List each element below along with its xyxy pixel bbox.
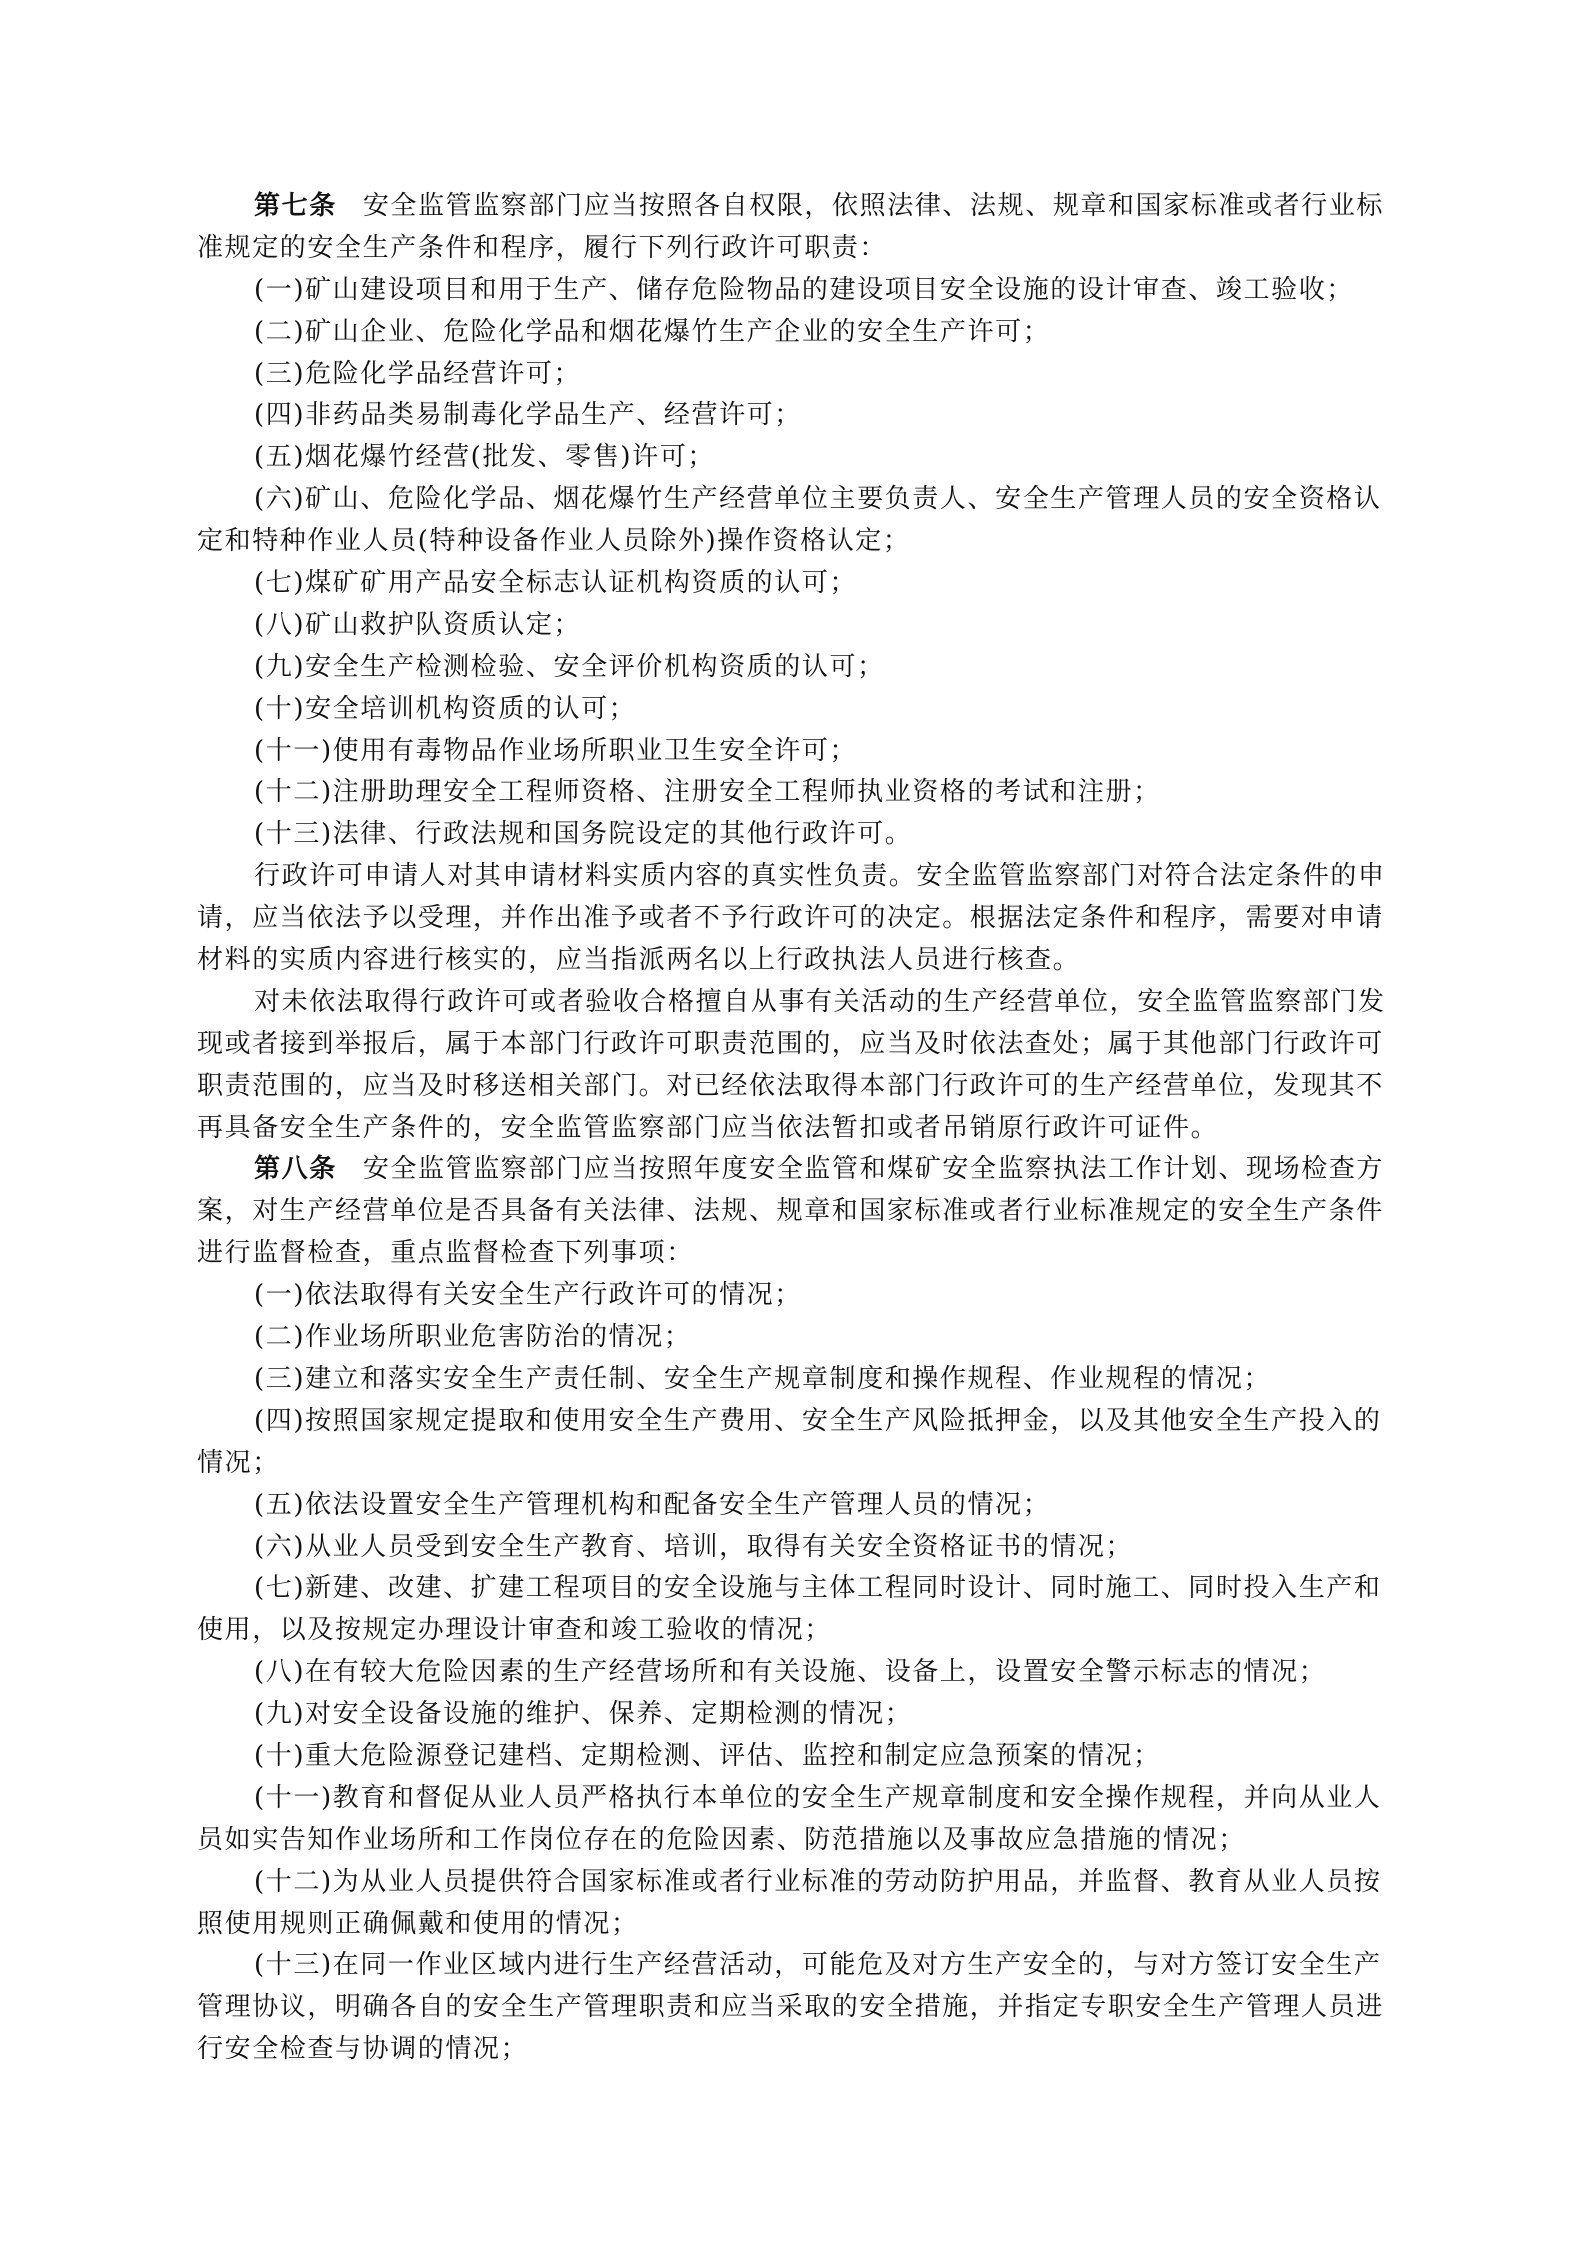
paragraph-line: (八)在有较大危险因素的生产经营场所和有关设施、设备上，设置安全警示标志的情况； [197,1652,1397,1694]
paragraph-line: 行安全检查与协调的情况； [197,2029,1397,2071]
paragraph-line: (三)建立和落实安全生产责任制、安全生产规章制度和操作规程、作业规程的情况； [197,1359,1397,1401]
line-text: (十二)为从业人员提供符合国家标准或者行业标准的劳动防护用品，并监督、教育从业人… [254,1867,1382,1897]
paragraph-line: (一)矿山建设项目和用于生产、储存危险物品的建设项目安全设施的设计审查、竣工验收… [197,270,1397,312]
line-text: 安全监管监察部门应当按照各自权限，依照法律、法规、规章和国家标准或者行业标 [363,191,1384,221]
paragraph-line: (九)对安全设备设施的维护、保养、定期检测的情况； [197,1694,1397,1736]
line-text: (二)矿山企业、危险化学品和烟花爆竹生产企业的安全生产许可； [254,317,1050,347]
paragraph-line: (八)矿山救护队资质认定； [197,605,1397,647]
paragraph-line: 材料的实质内容进行核实的，应当指派两名以上行政执法人员进行核查。 [197,940,1397,982]
line-text: (四)按照国家规定提取和使用安全生产费用、安全生产风险抵押金，以及其他安全生产投… [254,1406,1382,1436]
article-7: 第七条安全监管监察部门应当按照各自权限，依照法律、法规、规章和国家标准或者行业标… [197,186,1397,1149]
paragraph-line: (二)矿山企业、危险化学品和烟花爆竹生产企业的安全生产许可； [197,312,1397,354]
line-text: 进行监督检查，重点监督检查下列事项： [197,1238,694,1268]
line-text: 员如实告知作业场所和工作岗位存在的危险因素、防范措施以及事故应急措施的情况； [197,1825,1246,1855]
article-heading: 第七条 [254,191,337,221]
line-text: (九)安全生产检测检验、安全评价机构资质的认可； [254,652,885,682]
paragraph-line: 职责范围的，应当及时移送相关部门。对已经依法取得本部门行政许可的生产经营单位，发… [197,1066,1397,1108]
line-text: 对未依法取得行政许可或者验收合格擅自从事有关活动的生产经营单位，安全监管监察部门… [254,987,1386,1017]
paragraph-line: 第八条安全监管监察部门应当按照年度安全监管和煤矿安全监察执法工作计划、现场检查方 [197,1149,1397,1191]
line-text: (七)新建、改建、扩建工程项目的安全设施与主体工程同时设计、同时施工、同时投入生… [254,1573,1382,1603]
paragraph-line: 对未依法取得行政许可或者验收合格擅自从事有关活动的生产经营单位，安全监管监察部门… [197,982,1397,1024]
paragraph-line: (四)非药品类易制毒化学品生产、经营许可； [197,395,1397,437]
article-heading: 第八条 [254,1154,337,1184]
line-text: 照使用规则正确佩戴和使用的情况； [197,1909,639,1939]
line-text: (四)非药品类易制毒化学品生产、经营许可； [254,400,802,430]
paragraph-line: 使用，以及按规定办理设计审查和竣工验收的情况； [197,1610,1397,1652]
paragraph-line: (十三)法律、行政法规和国务院设定的其他行政许可。 [197,814,1397,856]
line-text: (八)矿山救护队资质认定； [254,610,581,640]
line-text: 情况； [197,1448,280,1478]
line-text: (六)矿山、危险化学品、烟花爆竹生产经营单位主要负责人、安全生产管理人员的安全资… [254,484,1382,514]
article-8: 第八条安全监管监察部门应当按照年度安全监管和煤矿安全监察执法工作计划、现场检查方… [197,1149,1397,2071]
line-text: (十)重大危险源登记建档、定期检测、评估、监控和制定应急预案的情况； [254,1741,1161,1771]
line-text: (十二)注册助理安全工程师资格、注册安全工程师执业资格的考试和注册； [254,777,1161,807]
line-text: 案，对生产经营单位是否具备有关法律、法规、规章和国家标准或者行业标准规定的安全生… [197,1196,1384,1226]
line-text: 材料的实质内容进行核实的，应当指派两名以上行政执法人员进行核查。 [197,945,1080,975]
line-text: 使用，以及按规定办理设计审查和竣工验收的情况； [197,1615,832,1645]
line-text: 准规定的安全生产条件和程序，履行下列行政许可职责： [197,233,887,263]
line-text: (三)危险化学品经营许可； [254,359,581,389]
paragraph-line: (七)新建、改建、扩建工程项目的安全设施与主体工程同时设计、同时施工、同时投入生… [197,1568,1397,1610]
document-page: 第七条安全监管监察部门应当按照各自权限，依照法律、法规、规章和国家标准或者行业标… [197,186,1397,2071]
paragraph-line: 第七条安全监管监察部门应当按照各自权限，依照法律、法规、规章和国家标准或者行业标 [197,186,1397,228]
paragraph-line: (十二)为从业人员提供符合国家标准或者行业标准的劳动防护用品，并监督、教育从业人… [197,1862,1397,1904]
paragraph-line: 请，应当依法予以受理，并作出准予或者不予行政许可的决定。根据法定条件和程序，需要… [197,898,1397,940]
line-text: 行政许可申请人对其申请材料实质内容的真实性负责。安全监管监察部门对符合法定条件的… [254,861,1386,891]
paragraph-line: (十)重大危险源登记建档、定期检测、评估、监控和制定应急预案的情况； [197,1736,1397,1778]
paragraph-line: (五)依法设置安全生产管理机构和配备安全生产管理人员的情况； [197,1485,1397,1527]
line-text: (十一)教育和督促从业人员严格执行本单位的安全生产规章制度和安全操作规程，并向从… [254,1783,1382,1813]
paragraph-line: (六)矿山、危险化学品、烟花爆竹生产经营单位主要负责人、安全生产管理人员的安全资… [197,479,1397,521]
paragraph-line: 准规定的安全生产条件和程序，履行下列行政许可职责： [197,228,1397,270]
line-text: (八)在有较大危险因素的生产经营场所和有关设施、设备上，设置安全警示标志的情况； [254,1657,1326,1687]
paragraph-line: (二)作业场所职业危害防治的情况； [197,1317,1397,1359]
paragraph-line: (六)从业人员受到安全生产教育、培训，取得有关安全资格证书的情况； [197,1527,1397,1569]
paragraph-line: 管理协议，明确各自的安全生产管理职责和应当采取的安全措施，并指定专职安全生产管理… [197,1987,1397,2029]
line-text: (五)依法设置安全生产管理机构和配备安全生产管理人员的情况； [254,1490,1050,1520]
paragraph-line: (一)依法取得有关安全生产行政许可的情况； [197,1275,1397,1317]
line-text: (十)安全培训机构资质的认可； [254,694,636,724]
paragraph-line: (十二)注册助理安全工程师资格、注册安全工程师执业资格的考试和注册； [197,772,1397,814]
paragraph-line: (十)安全培训机构资质的认可； [197,689,1397,731]
line-text: (六)从业人员受到安全生产教育、培训，取得有关安全资格证书的情况； [254,1532,1133,1562]
paragraph-line: 定和特种作业人员(特种设备作业人员除外)操作资格认定； [197,521,1397,563]
line-text: (十三)在同一作业区域内进行生产经营活动，可能危及对方生产安全的，与对方签订安全… [254,1950,1382,1980]
paragraph-line: (十一)教育和督促从业人员严格执行本单位的安全生产规章制度和安全操作规程，并向从… [197,1778,1397,1820]
line-text: 现或者接到举报后，属于本部门行政许可职责范围的，应当及时依法查处；属于其他部门行… [197,1029,1384,1059]
paragraph-line: 行政许可申请人对其申请材料实质内容的真实性负责。安全监管监察部门对符合法定条件的… [197,856,1397,898]
paragraph-line: 进行监督检查，重点监督检查下列事项： [197,1233,1397,1275]
line-text: 职责范围的，应当及时移送相关部门。对已经依法取得本部门行政许可的生产经营单位，发… [197,1071,1384,1101]
line-text: 请，应当依法予以受理，并作出准予或者不予行政许可的决定。根据法定条件和程序，需要… [197,903,1384,933]
line-text: (二)作业场所职业危害防治的情况； [254,1322,692,1352]
paragraph-line: (九)安全生产检测检验、安全评价机构资质的认可； [197,647,1397,689]
line-text: (九)对安全设备设施的维护、保养、定期检测的情况； [254,1699,912,1729]
line-text: 行安全检查与协调的情况； [197,2034,528,2064]
paragraph-line: 员如实告知作业场所和工作岗位存在的危险因素、防范措施以及事故应急措施的情况； [197,1820,1397,1862]
paragraph-line: 情况； [197,1443,1397,1485]
line-text: (七)煤矿矿用产品安全标志认证机构资质的认可； [254,568,857,598]
line-text: 管理协议，明确各自的安全生产管理职责和应当采取的安全措施，并指定专职安全生产管理… [197,1992,1384,2022]
paragraph-line: (十三)在同一作业区域内进行生产经营活动，可能危及对方生产安全的，与对方签订安全… [197,1945,1397,1987]
line-text: (五)烟花爆竹经营(批发、零售)许可； [254,442,715,472]
line-text: 安全监管监察部门应当按照年度安全监管和煤矿安全监察执法工作计划、现场检查方 [363,1154,1384,1184]
line-text: (三)建立和落实安全生产责任制、安全生产规章制度和操作规程、作业规程的情况； [254,1364,1271,1394]
paragraph-line: (三)危险化学品经营许可； [197,354,1397,396]
paragraph-line: (七)煤矿矿用产品安全标志认证机构资质的认可； [197,563,1397,605]
line-text: 定和特种作业人员(特种设备作业人员除外)操作资格认定； [197,526,911,556]
paragraph-line: 现或者接到举报后，属于本部门行政许可职责范围的，应当及时依法查处；属于其他部门行… [197,1024,1397,1066]
paragraph-line: 再具备安全生产条件的，安全监管监察部门应当依法暂扣或者吊销原行政许可证件。 [197,1108,1397,1150]
line-text: (十三)法律、行政法规和国务院设定的其他行政许可。 [254,819,912,849]
paragraph-line: 案，对生产经营单位是否具备有关法律、法规、规章和国家标准或者行业标准规定的安全生… [197,1191,1397,1233]
line-text: (一)依法取得有关安全生产行政许可的情况； [254,1280,802,1310]
line-text: 再具备安全生产条件的，安全监管监察部门应当依法暂扣或者吊销原行政许可证件。 [197,1113,1218,1143]
paragraph-line: (十一)使用有毒物品作业场所职业卫生安全许可； [197,731,1397,773]
line-text: (十一)使用有毒物品作业场所职业卫生安全许可； [254,736,857,766]
line-text: (一)矿山建设项目和用于生产、储存危险物品的建设项目安全设施的设计审查、竣工验收… [254,275,1354,305]
paragraph-line: (五)烟花爆竹经营(批发、零售)许可； [197,437,1397,479]
paragraph-line: 照使用规则正确佩戴和使用的情况； [197,1904,1397,1946]
paragraph-line: (四)按照国家规定提取和使用安全生产费用、安全生产风险抵押金，以及其他安全生产投… [197,1401,1397,1443]
